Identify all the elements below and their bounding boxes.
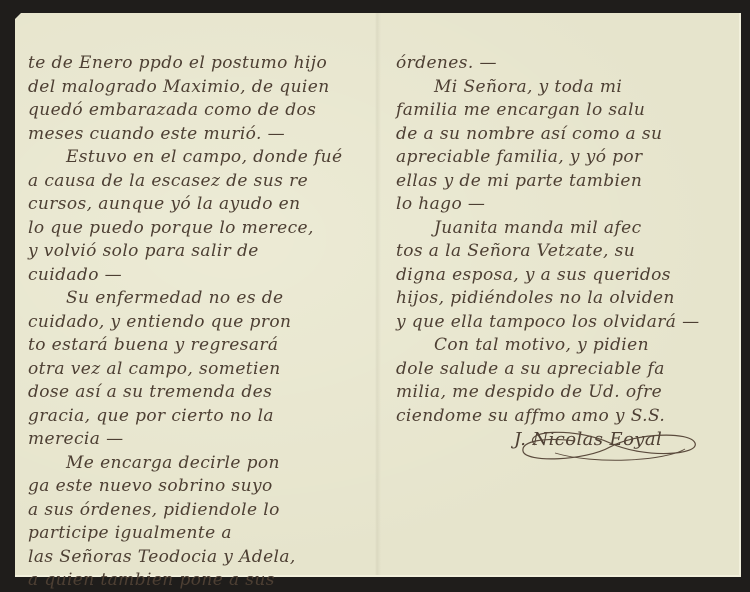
letter-line: cuidado, y entiendo que pron [28,311,368,335]
letter-line: Mi Señora, y toda mi [396,76,726,100]
letter-line: to estará buena y regresará [28,334,368,358]
letter-line: lo que puedo porque lo merece, [28,217,368,241]
letter-line: del malogrado Maximio, de quien [28,76,368,100]
letter-line: a causa de la escasez de sus re [28,170,368,194]
letter-line: familia me encargan lo salu [396,99,726,123]
letter-line: cuidado — [28,264,368,288]
letter-line: Su enfermedad no es de [28,287,368,311]
letter-line: otra vez al campo, sometien [28,358,368,382]
letter-line: milia, me despido de Ud. ofre [396,381,726,405]
letter-line: Me encarga decirle pon [28,452,368,476]
left-page: te de Enero ppdo el postumo hijo del mal… [28,52,368,592]
letter-line: meses cuando este murió. — [28,123,368,147]
letter-line: merecia — [28,428,368,452]
letter-line: te de Enero ppdo el postumo hijo [28,52,368,76]
letter-line: a quien tambien pone a sus [28,569,368,592]
letter-line: dole salude a su apreciable fa [396,358,726,382]
letter-line: hijos, pidiéndoles no la olviden [396,287,726,311]
letter-line: participe igualmente a [28,522,368,546]
letter-line: y que ella tampoco los olvidará — [396,311,726,335]
letter-line: dose así a su tremenda des [28,381,368,405]
letter-line: apreciable familia, y yó por [396,146,726,170]
letter-line: ellas y de mi parte tambien [396,170,726,194]
letter-line: de a su nombre así como a su [396,123,726,147]
letter-line: las Señoras Teodocia y Adela, [28,546,368,570]
letter-line: lo hago — [396,193,726,217]
letter-line: ga este nuevo sobrino suyo [28,475,368,499]
right-page: órdenes. — Mi Señora, y toda mi familia … [396,52,726,454]
letter-line: quedó embarazada como de dos [28,99,368,123]
letter-line: tos a la Señora Vetzate, su [396,240,726,264]
signature-flourish-icon [515,425,705,465]
letter-line: Estuvo en el campo, donde fué [28,146,368,170]
letter-line: cursos, aunque yó la ayudo en [28,193,368,217]
letter-line: a sus órdenes, pidiendole lo [28,499,368,523]
letter-line: Con tal motivo, y pidien [396,334,726,358]
letter-line: y volvió solo para salir de [28,240,368,264]
letter-line: gracia, que por cierto no la [28,405,368,429]
letter-line: Juanita manda mil afec [396,217,726,241]
letter-line: digna esposa, y a sus queridos [396,264,726,288]
letter-line: órdenes. — [396,52,726,76]
